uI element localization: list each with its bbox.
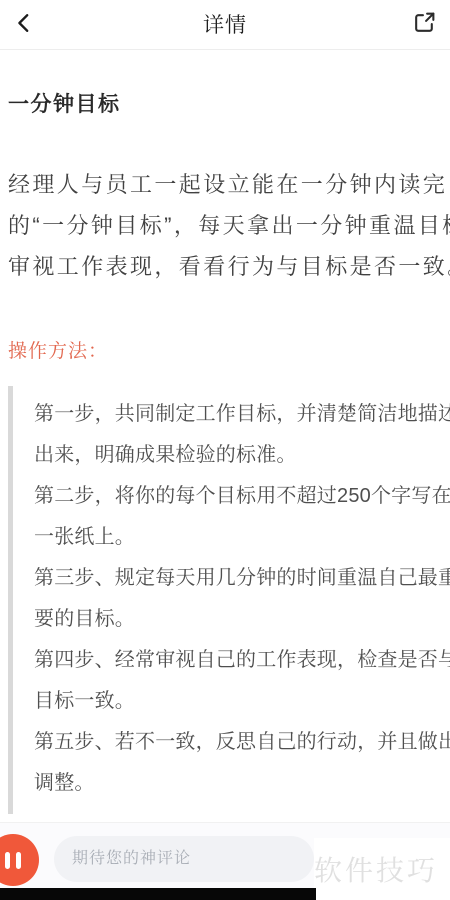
watermark-text: 软件技巧	[314, 849, 438, 889]
comment-input[interactable]	[54, 836, 314, 882]
bottom-comment-bar: 软件技巧	[0, 822, 450, 900]
step-line: 一张纸上。	[34, 517, 446, 558]
step-line: 调整。	[34, 763, 446, 804]
step-line: 出来，明确成果检验的标准。	[34, 435, 446, 476]
step-line: 要的目标。	[34, 599, 446, 640]
pause-icon	[16, 852, 21, 869]
top-nav-bar: 详情	[0, 0, 450, 50]
step-line: 第四步、经常审视自己的工作表现，检查是否与	[34, 640, 446, 681]
page-title: 详情	[0, 0, 450, 48]
steps-quote-block: 第一步，共同制定工作目标，并清楚简洁地描述 出来，明确成果检验的标准。 第二步，…	[8, 386, 446, 814]
pause-icon	[5, 852, 10, 869]
paragraph-line: 审视工作表现，看看行为与目标是否一致。	[8, 246, 448, 287]
paragraph-line: 的“一分钟目标”，每天拿出一分钟重温目标，	[8, 205, 448, 246]
article-title: 一分钟目标	[8, 88, 121, 118]
paragraph-line: 经理人与员工一起设立能在一分钟内读完	[8, 164, 448, 205]
step-line: 目标一致。	[34, 681, 446, 722]
step-line: 第三步、规定每天用几分钟的时间重温自己最重	[34, 558, 446, 599]
pause-button[interactable]	[0, 834, 39, 886]
step-line: 第二步，将你的每个目标用不超过250个字写在	[34, 476, 446, 517]
bottom-black-strip	[0, 888, 316, 900]
article-paragraph: 经理人与员工一起设立能在一分钟内读完 的“一分钟目标”，每天拿出一分钟重温目标，…	[8, 164, 448, 287]
step-line: 第五步、若不一致，反思自己的行动，并且做出	[34, 722, 446, 763]
share-button[interactable]	[408, 8, 440, 40]
step-line: 第一步，共同制定工作目标，并清楚简洁地描述	[34, 394, 446, 435]
watermark-patch: 软件技巧	[314, 838, 450, 900]
detail-screen: 详情 一分钟目标 经理人与员工一起设立能在一分钟内读完 的“一分钟目标”，每天拿…	[0, 0, 450, 900]
method-heading: 操作方法：	[8, 336, 108, 363]
share-external-icon	[412, 10, 437, 38]
